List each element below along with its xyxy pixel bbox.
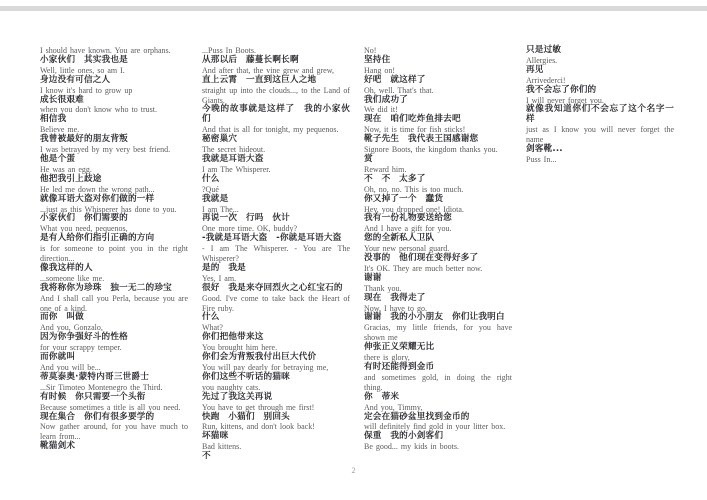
subtitle-line-chinese: 我就是 <box>202 195 350 205</box>
subtitle-line-chinese: 成长很艰难 <box>40 96 188 106</box>
page-number: 2 <box>0 466 707 475</box>
subtitle-line-chinese: 就像耳语大盗对你们做的一样 <box>40 195 188 205</box>
subtitle-line-english: just as I know you will never forget the… <box>526 125 674 145</box>
subtitle-line-chinese: 有时候 你只需要一个头衔 <box>40 393 188 403</box>
subtitle-line-chinese: 我曾被最好的朋友背叛 <box>40 135 188 145</box>
subtitle-line-chinese: 现在 咱们吃炸鱼排去吧 <box>364 115 512 125</box>
subtitle-line-chinese: 有时还能得到金币 <box>364 363 512 373</box>
subtitle-line-chinese: 相信我 <box>40 115 188 125</box>
subtitle-line-chinese: 再见 <box>526 66 674 76</box>
subtitle-line-chinese: 小家伙们 其实我也是 <box>40 56 188 66</box>
subtitle-line-english: Puss In... <box>526 155 674 165</box>
subtitle-line-chinese: 你 蒂米 <box>364 393 512 403</box>
subtitle-line-chinese: 现在集合 你们有很多要学的 <box>40 413 188 423</box>
subtitle-line-chinese: 因为你争强好斗的性格 <box>40 333 188 343</box>
subtitle-line-chinese: 什么 <box>202 175 350 185</box>
subtitle-line-english: Signore Boots, the kingdom thanks you. <box>364 145 512 155</box>
subtitle-line-chinese: 像我这样的人 <box>40 264 188 274</box>
subtitle-line-chinese: 他是个蛋 <box>40 155 188 165</box>
subtitle-line-chinese: 而你 叫做 <box>40 313 188 323</box>
subtitle-line-chinese: 只是过敏 <box>526 46 674 56</box>
subtitle-line-chinese: 我就是耳语大盗 <box>202 155 350 165</box>
subtitle-line-chinese: 小家伙们 你们需要的 <box>40 214 188 224</box>
subtitle-line-chinese: 你们把他带来这 <box>202 333 350 343</box>
subtitle-line-chinese: 秘密巢穴 <box>202 135 350 145</box>
subtitle-line-chinese: 谢谢 <box>364 274 512 284</box>
subtitle-line-chinese: 没事的 他们现在变得好多了 <box>364 254 512 264</box>
subtitle-columns: I should have known. You are orphans.小家伙… <box>40 46 674 462</box>
subtitle-line-chinese: 从那以后 藤蔓长啊长啊 <box>202 56 350 66</box>
subtitle-line-chinese: 再说一次 行吗 伙计 <box>202 214 350 224</box>
subtitle-line-english: And I shall call you Perla, because you … <box>40 294 188 314</box>
page-top-divider <box>0 6 707 11</box>
subtitle-line-chinese: 不 <box>202 452 350 462</box>
subtitle-line-chinese: 不 不 太多了 <box>364 175 512 185</box>
subtitle-line-chinese: 谢谢 我的小小朋友 你们让我明白 <box>364 313 512 323</box>
subtitle-line-english: Now gather around, for you have much to … <box>40 422 188 442</box>
subtitle-line-chinese: 靴猫剑术 <box>40 442 188 452</box>
text-column: 只是过敏Allergies.再见Arrivederci!我不会忘了你们的I wi… <box>526 46 674 462</box>
subtitle-line-chinese: 直上云霄 一直到这巨人之地 <box>202 76 350 86</box>
subtitle-line-chinese: 什么 <box>202 313 350 323</box>
subtitle-line-chinese: 今晚的故事就是这样了 我的小家伙们 <box>202 105 350 125</box>
text-column: No!坚持住Hang on!好吧 就这样了Oh, well. That's th… <box>364 46 512 462</box>
subtitle-line-chinese: 坚持住 <box>364 56 512 66</box>
subtitle-line-chinese: 好吧 就这样了 <box>364 76 512 86</box>
subtitle-line-chinese: 我不会忘了你们的 <box>526 86 674 96</box>
subtitle-line-chinese: 我们成功了 <box>364 96 512 106</box>
subtitle-line-english: Be good... my kids in boots. <box>364 442 512 452</box>
subtitle-line-chinese: 你又掉了一个 蠢货 <box>364 195 512 205</box>
subtitle-line-english: Good. I've come to take back the Heart o… <box>202 294 350 314</box>
subtitle-line-chinese: 而你就叫 <box>40 353 188 363</box>
subtitle-line-chinese: 是的 我是 <box>202 264 350 274</box>
subtitle-line-english: I am The Whisperer. <box>202 165 350 175</box>
subtitle-line-english: Gracias, my little friends, for you have… <box>364 323 512 343</box>
subtitle-line-english: Allergies. <box>526 56 674 66</box>
subtitle-line-english: is for someone to point you in the right… <box>40 244 188 264</box>
subtitle-line-english: - I am The Whisperer. - You are The Whis… <box>202 244 350 264</box>
subtitle-line-chinese: 保重 我的小剑客们 <box>364 432 512 442</box>
subtitle-line-chinese: 先过了我这关再说 <box>202 393 350 403</box>
subtitle-line-chinese: 伸张正义荣耀无比 <box>364 343 512 353</box>
subtitle-line-chinese: 定会在猫砂盆里找到金币的 <box>364 413 512 423</box>
subtitle-line-chinese: 他把我引上歧途 <box>40 175 188 185</box>
subtitle-line-chinese: 靴子先生 我代表王国感谢您 <box>364 135 512 145</box>
document-page: I should have known. You are orphans.小家伙… <box>0 0 707 500</box>
subtitle-line-chinese: 快跑 小猫们 别回头 <box>202 413 350 423</box>
subtitle-line-chinese: 是有人给你们指引正确的方向 <box>40 234 188 244</box>
subtitle-line-chinese: 很好 我是来夺回烈火之心红宝石的 <box>202 284 350 294</box>
subtitle-line-chinese: 我有一份礼物要送给您 <box>364 214 512 224</box>
subtitle-line-chinese: 我将称你为珍珠 独一无二的珍宝 <box>40 284 188 294</box>
subtitle-line-english: straight up into the clouds..., to the L… <box>202 86 350 106</box>
subtitle-line-chinese: 坏猫咪 <box>202 432 350 442</box>
subtitle-line-chinese: 赏 <box>364 155 512 165</box>
subtitle-line-chinese: 你们会为背叛我付出巨大代价 <box>202 353 350 363</box>
subtitle-line-chinese: 蒂莫泰奥·蒙特内哥三世爵士 <box>40 373 188 383</box>
subtitle-line-chinese: 身边没有可信之人 <box>40 76 188 86</box>
subtitle-line-chinese: 就像我知道你们不会忘了这个名字一样 <box>526 105 674 125</box>
subtitle-line-chinese: -我就是耳语大盗 -你就是耳语大盗 <box>202 234 350 244</box>
subtitle-line-english: It's OK. They are much better now. <box>364 264 512 274</box>
subtitle-line-chinese: 您的全新私人卫队 <box>364 234 512 244</box>
subtitle-line-chinese: 你们这些不听话的猫咪 <box>202 373 350 383</box>
subtitle-line-english: and sometimes gold, in doing the right t… <box>364 373 512 393</box>
subtitle-line-chinese: 剑客靴... <box>526 145 674 155</box>
text-column: I should have known. You are orphans.小家伙… <box>40 46 188 462</box>
subtitle-line-chinese: 现在 我得走了 <box>364 294 512 304</box>
text-column: ...Puss In Boots.从那以后 藤蔓长啊长啊And after th… <box>202 46 350 462</box>
subtitle-line-english: Bad kittens. <box>202 442 350 452</box>
